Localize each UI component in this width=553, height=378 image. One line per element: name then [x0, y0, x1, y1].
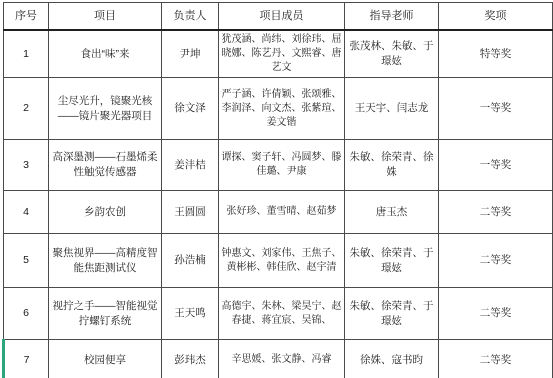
cell-advisors: 朱敏、徐荣青、徐姝: [345, 140, 439, 191]
awards-table: 序号 项目 负责人 项目成员 指导老师 奖项 1 食出“味”来 尹坤 犹茂涵、尚…: [2, 2, 553, 378]
cell-advisors: 唐玉杰: [345, 191, 439, 234]
cell-leader: 孙浩楠: [162, 234, 219, 288]
table-row: 2 尘尽光升，镜聚光核——镜片聚光器项目 徐文泽 严子涵、许倩颖、张颂雅、李润泽…: [4, 78, 553, 140]
cell-advisors: 王天宇、闫志龙: [345, 78, 439, 140]
document-page: 序号 项目 负责人 项目成员 指导老师 奖项 1 食出“味”来 尹坤 犹茂涵、尚…: [0, 0, 553, 378]
cell-serial: 2: [4, 78, 49, 140]
cell-members: 严子涵、许倩颖、张颂雅、李润泽、向文杰、张紫瑄、姜文锴: [219, 78, 345, 140]
cell-serial: 4: [4, 191, 49, 234]
table-row: 5 聚焦视界——高精度智能焦距测试仪 孙浩楠 钟惠文、刘家伟、王焦子、黄彬彬、韩…: [4, 234, 553, 288]
cell-members: 辛思媛、张文静、冯睿: [219, 340, 345, 378]
cell-leader: 徐文泽: [162, 78, 219, 140]
cell-award: 二等奖: [439, 234, 553, 288]
table-row: 1 食出“味”来 尹坤 犹茂涵、尚纬、刘徐玮、屈晓娜、陈艺丹、文熙睿、唐艺文 张…: [4, 30, 553, 78]
header-serial: 序号: [4, 3, 49, 31]
cell-members: 谭探、窦子轩、冯圆梦、滕佳璐、尹康: [219, 140, 345, 191]
header-advisors: 指导老师: [345, 3, 439, 31]
table-row: 4 乡韵农创 王圆圆 张好珍、董雪晴、赵茹梦 唐玉杰 二等奖: [4, 191, 553, 234]
cell-project: 视拧之手——智能视觉拧螺钉系统: [49, 288, 162, 340]
cell-serial: 3: [4, 140, 49, 191]
cell-leader: 姜沣桔: [162, 140, 219, 191]
table-header-row: 序号 项目 负责人 项目成员 指导老师 奖项: [4, 3, 553, 31]
cell-award: 二等奖: [439, 191, 553, 234]
cell-members: 钟惠文、刘家伟、王焦子、黄彬彬、韩佳欣、赵宇清: [219, 234, 345, 288]
cell-leader: 彭玮杰: [162, 340, 219, 378]
cell-award: 特等奖: [439, 30, 553, 78]
cell-serial: 7: [4, 340, 49, 378]
table-row: 6 视拧之手——智能视觉拧螺钉系统 王天鸣 高德宇、朱林、梁昊宁、赵春捷、蒋宜宸…: [4, 288, 553, 340]
cell-award: 一等奖: [439, 140, 553, 191]
cell-leader: 尹坤: [162, 30, 219, 78]
cell-advisors: 朱敏、徐荣青、于璟妶: [345, 234, 439, 288]
table-row: 3 高深墨测——石墨烯柔性触觉传感器 姜沣桔 谭探、窦子轩、冯圆梦、滕佳璐、尹康…: [4, 140, 553, 191]
header-members: 项目成员: [219, 3, 345, 31]
cell-project: 尘尽光升，镜聚光核——镜片聚光器项目: [49, 78, 162, 140]
cell-advisors: 徐姝、寇书昀: [345, 340, 439, 378]
header-project: 项目: [49, 3, 162, 31]
table-row: 7 校园便享 彭玮杰 辛思媛、张文静、冯睿 徐姝、寇书昀 二等奖: [4, 340, 553, 378]
cell-project: 聚焦视界——高精度智能焦距测试仪: [49, 234, 162, 288]
cell-members: 高德宇、朱林、梁昊宁、赵春捷、蒋宜宸、吴锦、: [219, 288, 345, 340]
header-leader: 负责人: [162, 3, 219, 31]
cell-leader: 王天鸣: [162, 288, 219, 340]
cell-serial: 6: [4, 288, 49, 340]
cell-award: 一等奖: [439, 78, 553, 140]
header-award: 奖项: [439, 3, 553, 31]
cell-project: 乡韵农创: [49, 191, 162, 234]
cell-project: 高深墨测——石墨烯柔性触觉传感器: [49, 140, 162, 191]
cell-serial: 5: [4, 234, 49, 288]
cell-advisors: 张茂林、朱敏、于璟妶: [345, 30, 439, 78]
cell-members: 张好珍、董雪晴、赵茹梦: [219, 191, 345, 234]
cell-award: 二等奖: [439, 340, 553, 378]
cell-advisors: 朱敏、徐荣青、于璟妶: [345, 288, 439, 340]
cell-serial: 1: [4, 30, 49, 78]
cell-project: 食出“味”来: [49, 30, 162, 78]
cell-project: 校园便享: [49, 340, 162, 378]
cell-leader: 王圆圆: [162, 191, 219, 234]
cell-award: 二等奖: [439, 288, 553, 340]
cell-members: 犹茂涵、尚纬、刘徐玮、屈晓娜、陈艺丹、文熙睿、唐艺文: [219, 30, 345, 78]
